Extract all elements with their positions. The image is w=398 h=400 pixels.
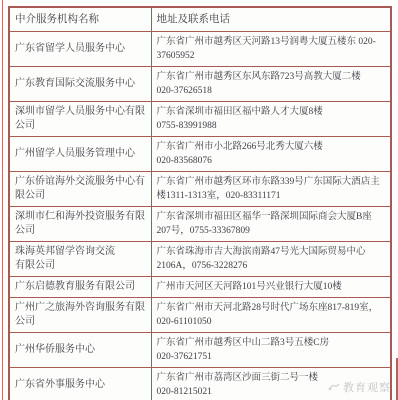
agency-name: 广东教育国际交流服务中心 (9, 67, 151, 102)
table-row: 珠海英邦留学咨询交流 有限公司 广东省珠海市吉大海滨南路47号光大国际贸易中心 … (9, 242, 391, 277)
agency-name: 广东省留学人员服务中心 (9, 32, 151, 67)
agency-name: 广州留学人员服务管理中心 (9, 137, 151, 172)
agency-contact: 广东省广州市天河北路28号时代广场东座817-819室， 020-6110105… (151, 298, 391, 333)
agency-contact: 广东省深圳市福田区福中路人才大厦8楼 0755-83991988 (151, 102, 391, 137)
header-agency-name: 中介服务机构名称 (9, 7, 151, 32)
agency-name: 珠海英邦留学咨询交流 有限公司 (9, 242, 151, 277)
agency-contact: 广东省广州市荔湾区沙面三街二号一楼 020-81215021 (151, 368, 391, 400)
left-red-rule (2, 0, 3, 400)
agency-name: 广东省外事服务中心 (9, 368, 151, 400)
table-header-row: 中介服务机构名称 地址及联系电话 (9, 7, 391, 32)
agency-name: 广东启德教育服务有限公司 (9, 277, 151, 298)
agency-name: 广州广之旅海外咨询服务有限公司 (9, 298, 151, 333)
agency-name: 深圳市留学人员服务中心有限公司 (9, 102, 151, 137)
agency-name: 广东侨谊海外交流服务中心有限公司 (9, 172, 151, 207)
table-row: 广东教育国际交流服务中心 广东省广州市越秀区东风东路723号高教大厦二楼 020… (9, 67, 391, 102)
agency-contact: 广东省广州市小北路266号北秀大厦六楼 020-83568076 (151, 137, 391, 172)
table-row: 广州广之旅海外咨询服务有限公司 广东省广州市天河北路28号时代广场东座817-8… (9, 298, 391, 333)
agency-contact: 广东省广州市越秀区中山二路3号五楼C房 020-37621751 (151, 333, 391, 368)
agency-contact: 广东省珠海市吉大海滨南路47号光大国际贸易中心 2106A，0756-32282… (151, 242, 391, 277)
table-row: 广州留学人员服务管理中心 广东省广州市小北路266号北秀大厦六楼 020-835… (9, 137, 391, 172)
agency-contact: 广东省广州市越秀区东风东路723号高教大厦二楼 020-37626518 (151, 67, 391, 102)
table-row: 深圳市留学人员服务中心有限公司 广东省深圳市福田区福中路人才大厦8楼 0755-… (9, 102, 391, 137)
agency-table: 中介服务机构名称 地址及联系电话 广东省留学人员服务中心 广东省广州市越秀区天河… (8, 6, 392, 400)
agency-name: 深圳市仁和海外投资服务有限公司 (9, 207, 151, 242)
header-agency-contact: 地址及联系电话 (151, 7, 391, 32)
table-row: 广州华侨服务中心 广东省广州市越秀区中山二路3号五楼C房 020-3762175… (9, 333, 391, 368)
table-row: 广东省留学人员服务中心 广东省广州市越秀区天河路13号润粤大厦五楼东 020- … (9, 32, 391, 67)
document-page: 中介服务机构名称 地址及联系电话 广东省留学人员服务中心 广东省广州市越秀区天河… (0, 0, 398, 400)
agency-contact: 广东省广州市越秀区环市东路339号广东国际大酒店主 楼1311-1313室，02… (151, 172, 391, 207)
table-row: 广东启德教育服务有限公司 广州市天河区天河路101号兴业银行大厦10楼 (9, 277, 391, 298)
table-row: 深圳市仁和海外投资服务有限公司 广东省深圳市福田区福华一路深圳国际商会大厦B座 … (9, 207, 391, 242)
table-row: 广东侨谊海外交流服务中心有限公司 广东省广州市越秀区环市东路339号广东国际大酒… (9, 172, 391, 207)
agency-contact: 广东省深圳市福田区福华一路深圳国际商会大厦B座 207号，0755-333678… (151, 207, 391, 242)
agency-contact: 广东省广州市越秀区天河路13号润粤大厦五楼东 020- 37605952 (151, 32, 391, 67)
table-row: 广东省外事服务中心 广东省广州市荔湾区沙面三街二号一楼 020-81215021 (9, 368, 391, 400)
agency-contact: 广州市天河区天河路101号兴业银行大厦10楼 (151, 277, 391, 298)
agency-name: 广州华侨服务中心 (9, 333, 151, 368)
